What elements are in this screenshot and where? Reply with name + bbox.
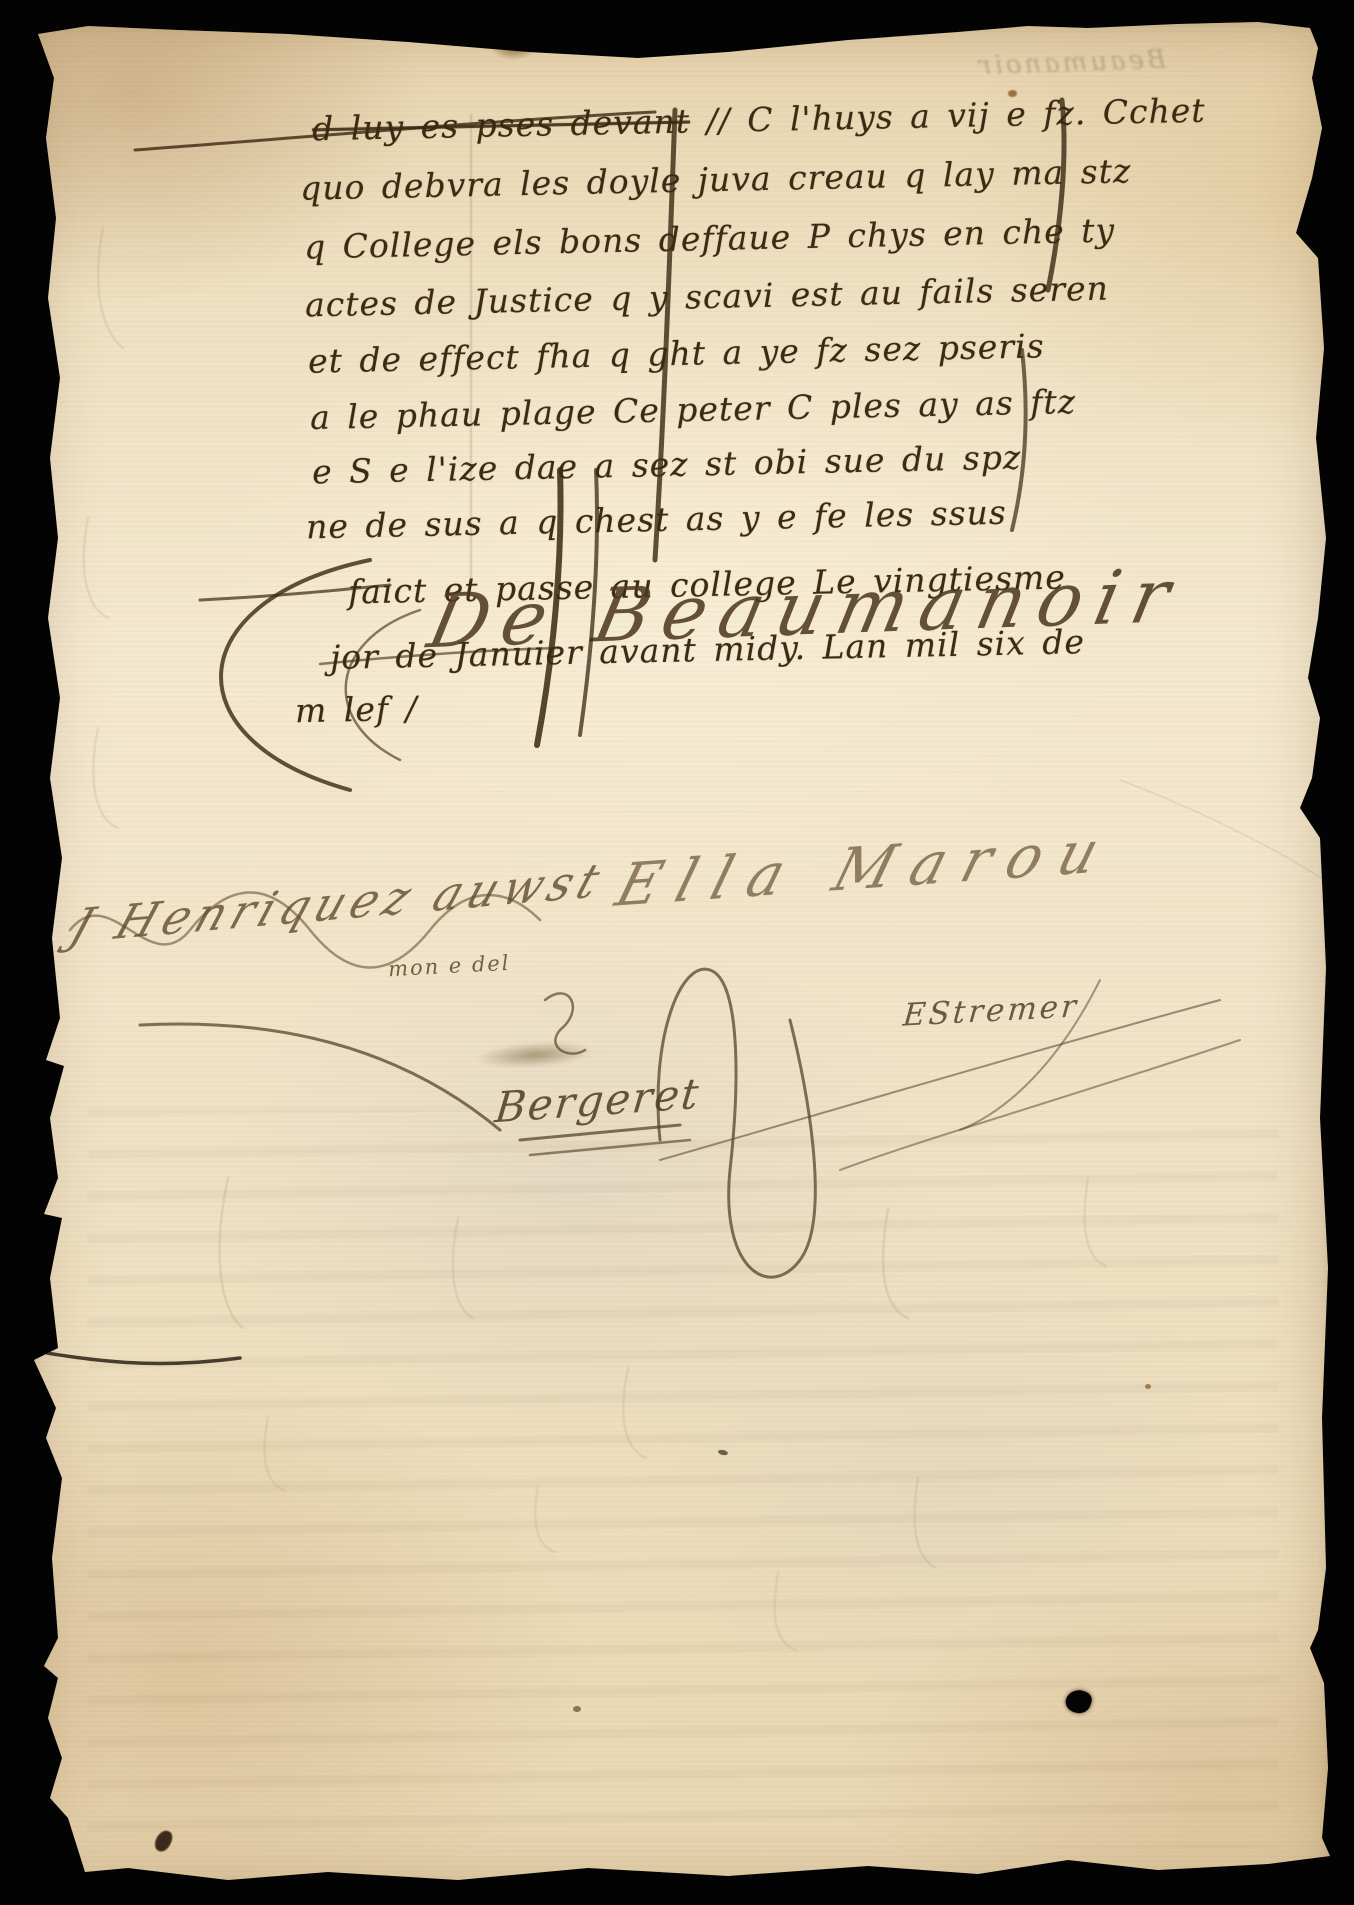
bleedthrough-inscription: Beaumanoir [976, 45, 1167, 82]
ghost-stroke [84, 518, 108, 618]
manuscript-line: m lef / [295, 689, 418, 731]
manuscript-line: ne de sus a q chest as y e fe les ssus [306, 493, 1007, 547]
ghost-stroke [93, 728, 118, 828]
signature-stremer: EStremer [902, 988, 1081, 1033]
paper-sheet: Beaumanoir d luy es pses devant // C l'h… [28, 18, 1334, 1892]
manuscript-line: quo debvra les doyle juva creau q lay ma… [300, 151, 1132, 207]
manuscript-line: d luy es pses devant // C l'huys a vij e… [312, 91, 1206, 149]
signature-ella-marou: Ella Marou [609, 816, 1124, 920]
ghost-stroke [98, 228, 123, 348]
manuscript-line: e S e l'ize dae a sez st obi sue du spz [312, 438, 1022, 492]
signature-paraph [346, 610, 420, 760]
struck-phrase: d luy es pses devant [312, 101, 691, 148]
signature-henriquez: J Henriquez auwst [63, 852, 613, 954]
paper-scratch [1120, 780, 1334, 890]
photo-background: Beaumanoir d luy es pses devant // C l'h… [0, 0, 1354, 1905]
line1-rest: // C l'huys a vij e fz. Cchet [690, 91, 1206, 141]
manuscript-line: et de effect fha q ght a ye fz sez pseri… [308, 326, 1045, 380]
procuration-note: mon e del [387, 951, 511, 981]
ink-smudge [455, 1033, 615, 1078]
bleedthrough-text-rows [88, 1108, 1278, 1848]
manuscript-line: a le phau plage Ce peter C ples ay as ft… [310, 382, 1077, 437]
manuscript-line: q College els bons deffaue P chys en che… [304, 211, 1116, 267]
manuscript-line: actes de Justice q y scavi est au fails … [305, 269, 1109, 325]
ink-stain [488, 25, 544, 64]
